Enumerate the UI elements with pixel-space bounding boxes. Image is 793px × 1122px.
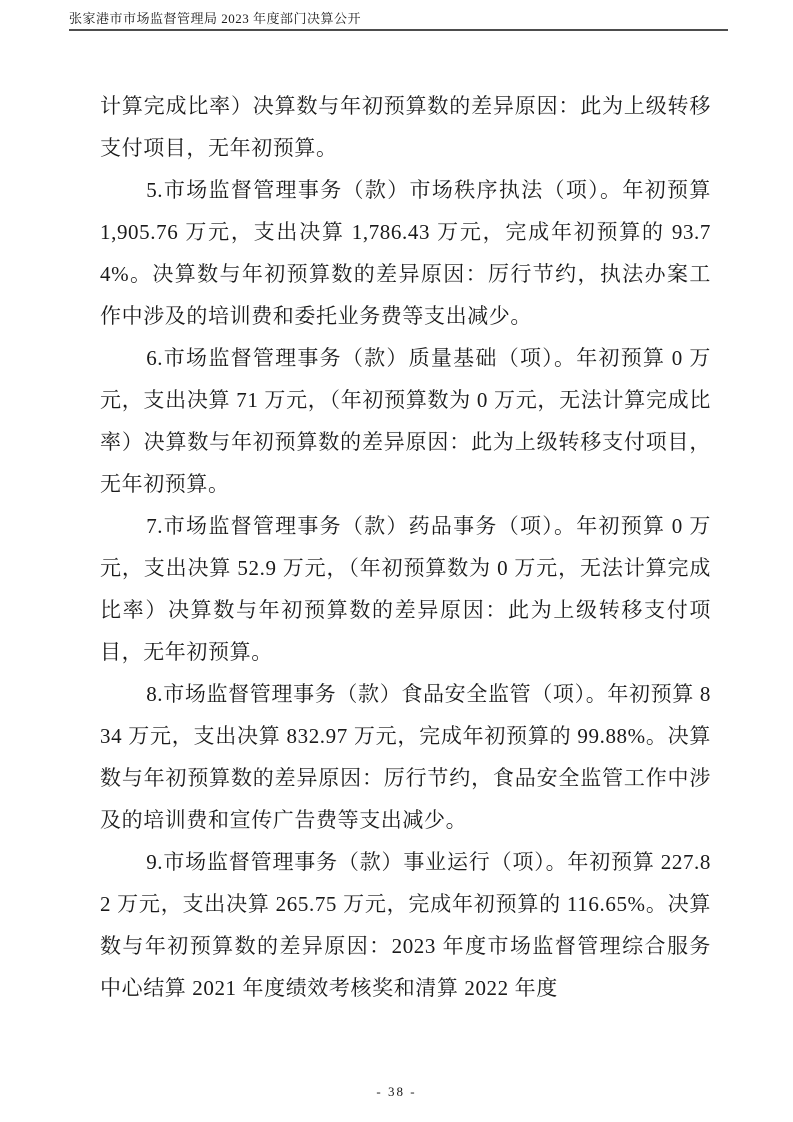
paragraph: 8.市场监督管理事务（款）食品安全监管（项）。年初预算 834 万元，支出决算 … — [100, 673, 711, 841]
header-title: 张家港市市场监督管理局 2023 年度部门决算公开 — [69, 11, 728, 28]
paragraph: 6.市场监督管理事务（款）质量基础（项）。年初预算 0 万元，支出决算 71 万… — [100, 337, 711, 505]
page-footer: - 38 - — [0, 1084, 793, 1100]
page-number: - 38 - — [376, 1084, 416, 1099]
document-body: 计算完成比率）决算数与年初预算数的差异原因：此为上级转移支付项目，无年初预算。5… — [100, 85, 711, 1009]
paragraph: 计算完成比率）决算数与年初预算数的差异原因：此为上级转移支付项目，无年初预算。 — [100, 85, 711, 169]
header-divider — [69, 29, 728, 31]
page-header: 张家港市市场监督管理局 2023 年度部门决算公开 — [69, 11, 728, 31]
paragraph: 5.市场监督管理事务（款）市场秩序执法（项）。年初预算 1,905.76 万元，… — [100, 169, 711, 337]
paragraph: 7.市场监督管理事务（款）药品事务（项）。年初预算 0 万元，支出决算 52.9… — [100, 505, 711, 673]
paragraph: 9.市场监督管理事务（款）事业运行（项）。年初预算 227.82 万元，支出决算… — [100, 841, 711, 1009]
document-page: 张家港市市场监督管理局 2023 年度部门决算公开 计算完成比率）决算数与年初预… — [0, 0, 793, 1122]
